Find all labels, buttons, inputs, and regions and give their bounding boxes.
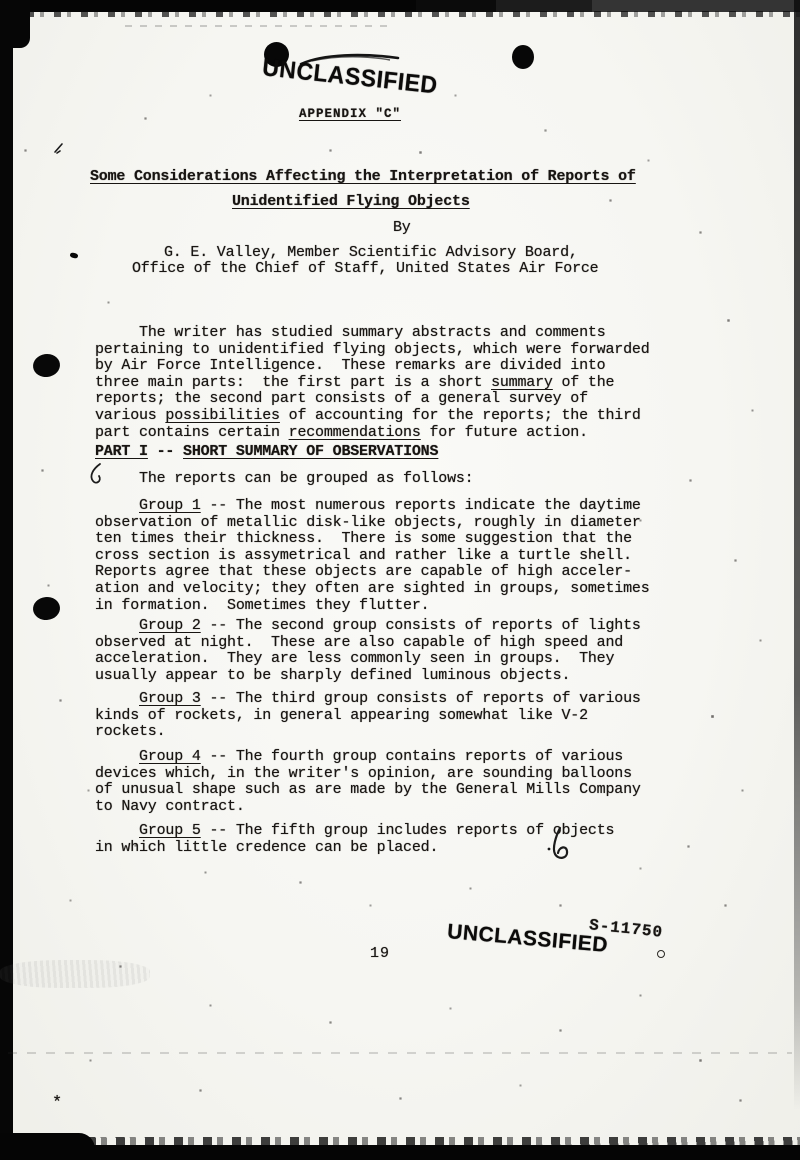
underlined-term-summary: summary	[491, 374, 553, 391]
indent	[95, 822, 139, 839]
scan-noise-speckles	[0, 0, 1, 1]
group4-paragraph: Group 4 -- The fourth group contains rep…	[95, 749, 715, 815]
ink-blob-lower-icon	[32, 596, 61, 622]
group2-label: Group 2	[139, 617, 201, 634]
indent	[95, 617, 139, 634]
ink-ring-icon	[657, 950, 665, 958]
intro-segment: for future action.	[421, 424, 588, 441]
scan-edge-left-notch	[0, 0, 30, 48]
indent	[95, 690, 139, 707]
group5-paragraph: Group 5 -- The fifth group includes repo…	[95, 823, 715, 856]
underlined-term-recommendations: recommendations	[289, 424, 421, 441]
appendix-heading: APPENDIX "C"	[250, 106, 450, 123]
group3-label: Group 3	[139, 690, 201, 707]
group5-label: Group 5	[139, 822, 201, 839]
scan-artifact-line-top	[125, 25, 395, 27]
title-line2-text: Unidentified Flying Objects	[232, 193, 470, 210]
page-number: 19	[370, 945, 390, 962]
underlined-term-possibilities: possibilities	[165, 407, 279, 424]
group1-paragraph: Group 1 -- The most numerous reports ind…	[95, 498, 715, 614]
scan-edge-right	[794, 0, 800, 1110]
scan-smudge	[0, 960, 150, 988]
indent	[95, 497, 139, 514]
scan-artifact-line-bottom	[8, 1052, 792, 1054]
document-page: UNCLASSIFIED APPENDIX "C" Some Considera…	[0, 0, 800, 1160]
intro-paragraph: The writer has studied summary abstracts…	[95, 325, 715, 441]
ink-speck-icon	[69, 252, 78, 259]
part1-heading: PART I -- SHORT SUMMARY OF OBSERVATIONS	[95, 444, 715, 461]
document-title-line2: Unidentified Flying Objects	[232, 194, 800, 211]
pen-mark-icon	[86, 462, 108, 488]
scan-edge-top-fray	[0, 11, 800, 17]
part1-label: PART I	[95, 443, 148, 460]
handwritten-loop-icon	[545, 826, 577, 862]
hole-punch-right-icon	[512, 45, 534, 69]
scan-corner-bottom-left	[0, 1133, 95, 1160]
indent	[95, 748, 139, 765]
pen-tick-icon	[52, 140, 68, 156]
group4-label: Group 4	[139, 748, 201, 765]
ink-blob-upper-icon	[32, 352, 62, 379]
group3-paragraph: Group 3 -- The third group consists of r…	[95, 691, 715, 741]
byline: By	[393, 220, 800, 237]
part1-title: SHORT SUMMARY OF OBSERVATIONS	[183, 443, 438, 460]
document-title-line1: Some Considerations Affecting the Interp…	[90, 169, 710, 186]
group1-label: Group 1	[139, 497, 201, 514]
group1-body: -- The most numerous reports indicate th…	[95, 497, 650, 614]
part1-separator: --	[148, 443, 183, 460]
author-line2: Office of the Chief of Staff, United Sta…	[132, 261, 752, 278]
unclassified-stamp-bottom: UNCLASSIFIED	[446, 920, 609, 958]
scan-edge-bottom	[0, 1145, 800, 1160]
group2-paragraph: Group 2 -- The second group consists of …	[95, 618, 715, 684]
appendix-heading-text: APPENDIX "C"	[299, 107, 401, 121]
asterisk-mark: *	[52, 1096, 72, 1113]
title-line1-text: Some Considerations Affecting the Interp…	[90, 168, 636, 185]
part1-lead-line: The reports can be grouped as follows:	[95, 471, 715, 488]
